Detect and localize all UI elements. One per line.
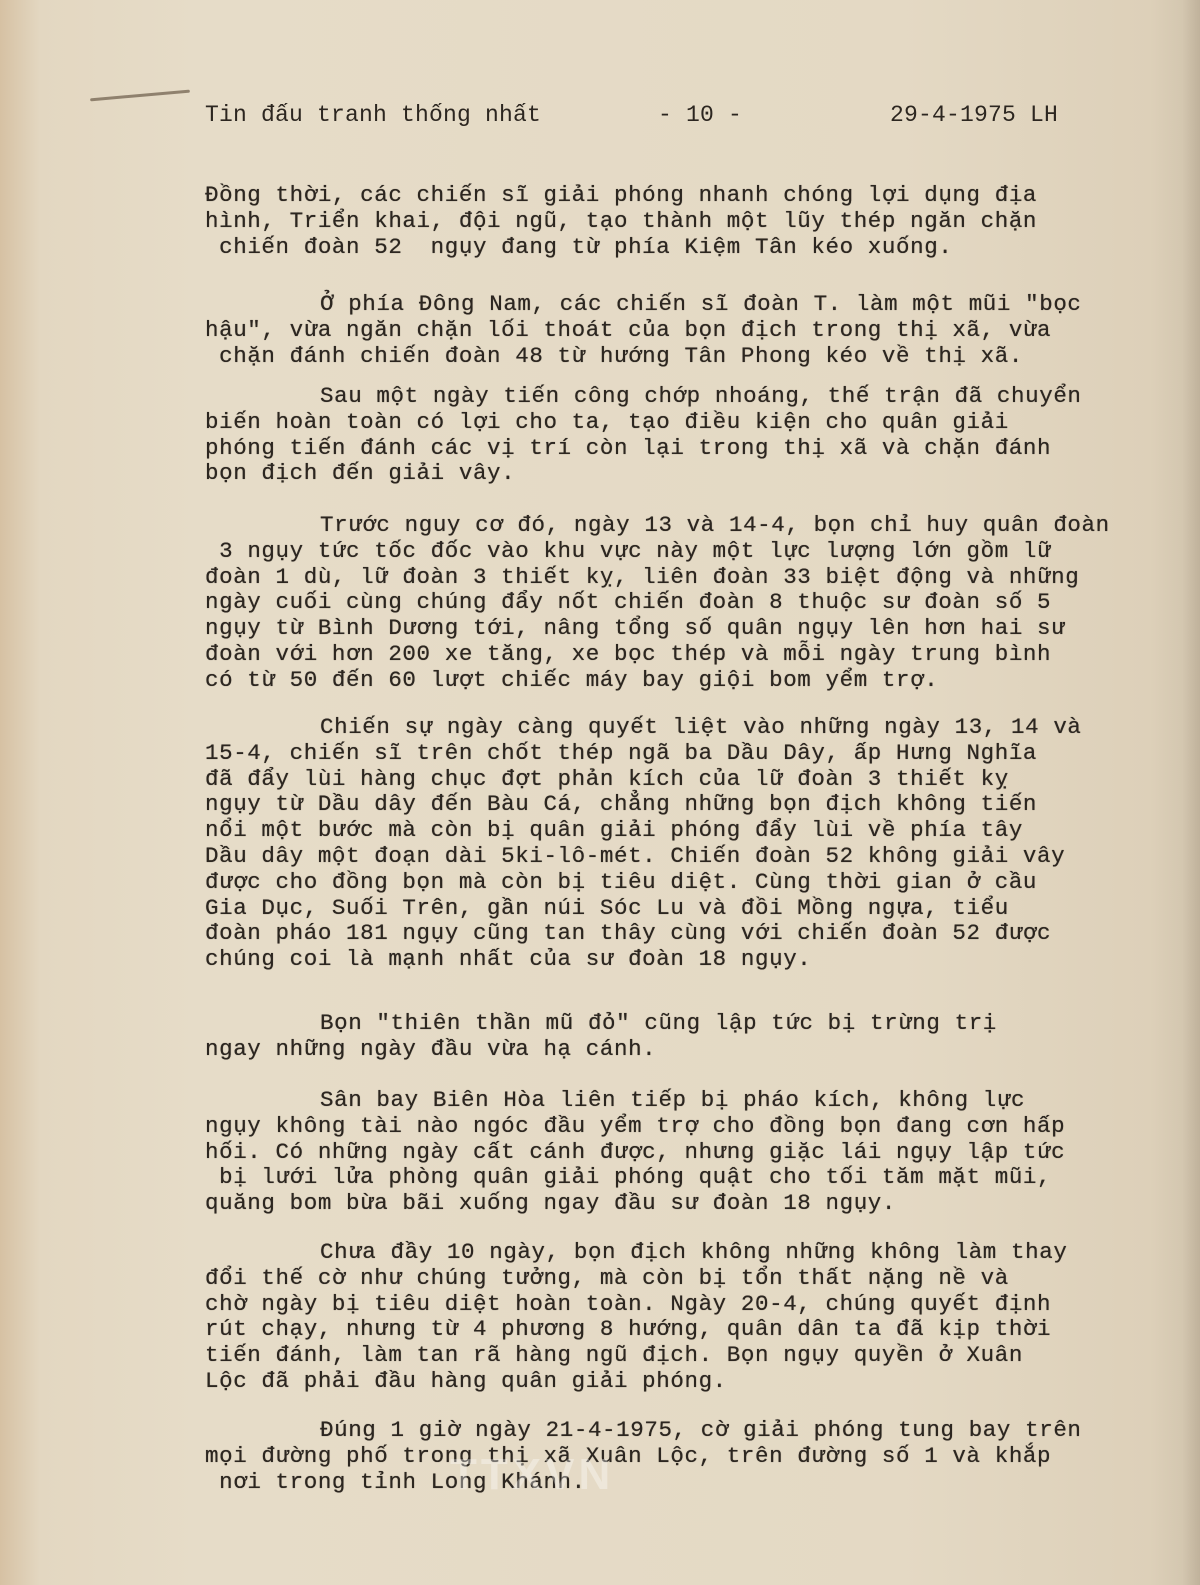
paragraph-3: Sau một ngày tiến công chớp nhoáng, thế …: [205, 384, 1165, 487]
paragraph-1: Đồng thời, các chiến sĩ giải phóng nhanh…: [205, 183, 1165, 260]
bulletin-title: Tin đấu tranh thống nhất: [205, 102, 541, 128]
document-date: 29-4-1975 LH: [890, 102, 1058, 128]
document-header: Tin đấu tranh thống nhất - 10 - 29-4-197…: [205, 102, 1085, 128]
paragraph-6: Bọn "thiên thần mũ đỏ" cũng lập tức bị t…: [205, 1011, 1165, 1063]
page-number: - 10 -: [658, 102, 742, 128]
typewritten-document-page: Tin đấu tranh thống nhất - 10 - 29-4-197…: [0, 0, 1200, 1585]
paragraph-4: Trước nguy cơ đó, ngày 13 và 14-4, bọn c…: [205, 513, 1165, 694]
paragraph-5: Chiến sự ngày càng quyết liệt vào những …: [205, 715, 1165, 973]
paragraph-2: Ở phía Đông Nam, các chiến sĩ đoàn T. là…: [205, 292, 1165, 369]
paragraph-7: Sân bay Biên Hòa liên tiếp bị pháo kích,…: [205, 1088, 1165, 1217]
paragraph-9: Đúng 1 giờ ngày 21-4-1975, cờ giải phóng…: [205, 1418, 1165, 1495]
ink-smudge: [90, 90, 190, 102]
page-edge-shadow: [1182, 0, 1200, 1585]
paragraph-8: Chưa đầy 10 ngày, bọn địch không những k…: [205, 1240, 1165, 1395]
agency-watermark: TTXVN: [450, 1450, 614, 1500]
